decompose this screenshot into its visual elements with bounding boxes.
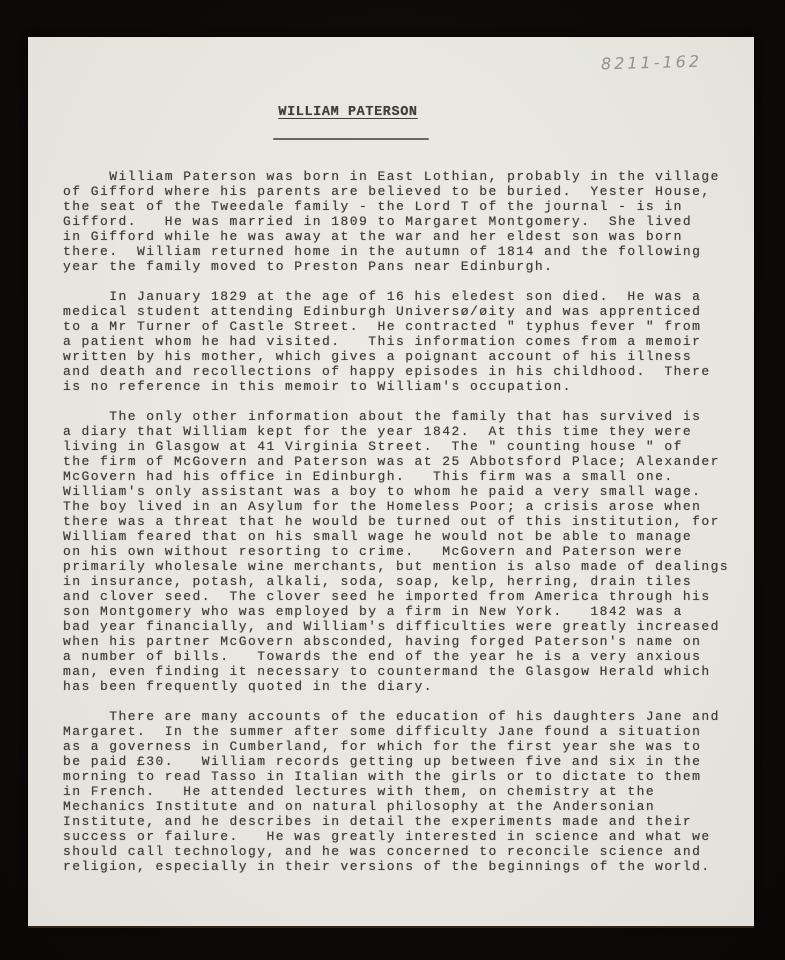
document-body: William Paterson was born in East Lothia… (63, 169, 743, 889)
document-page: 8211-162 WILLIAM PATERSON William Paters… (28, 37, 754, 926)
title-underline-rule (273, 138, 429, 140)
archive-number: 8211-162 (601, 52, 702, 74)
paragraph-1: William Paterson was born in East Lothia… (63, 169, 743, 274)
scan-background: 8211-162 WILLIAM PATERSON William Paters… (0, 0, 785, 960)
paragraph-2: In January 1829 at the age of 16 his ele… (63, 289, 743, 394)
page-title: WILLIAM PATERSON (258, 105, 438, 120)
paragraph-4: There are many accounts of the education… (63, 709, 743, 874)
paragraph-3: The only other information about the fam… (63, 409, 743, 694)
